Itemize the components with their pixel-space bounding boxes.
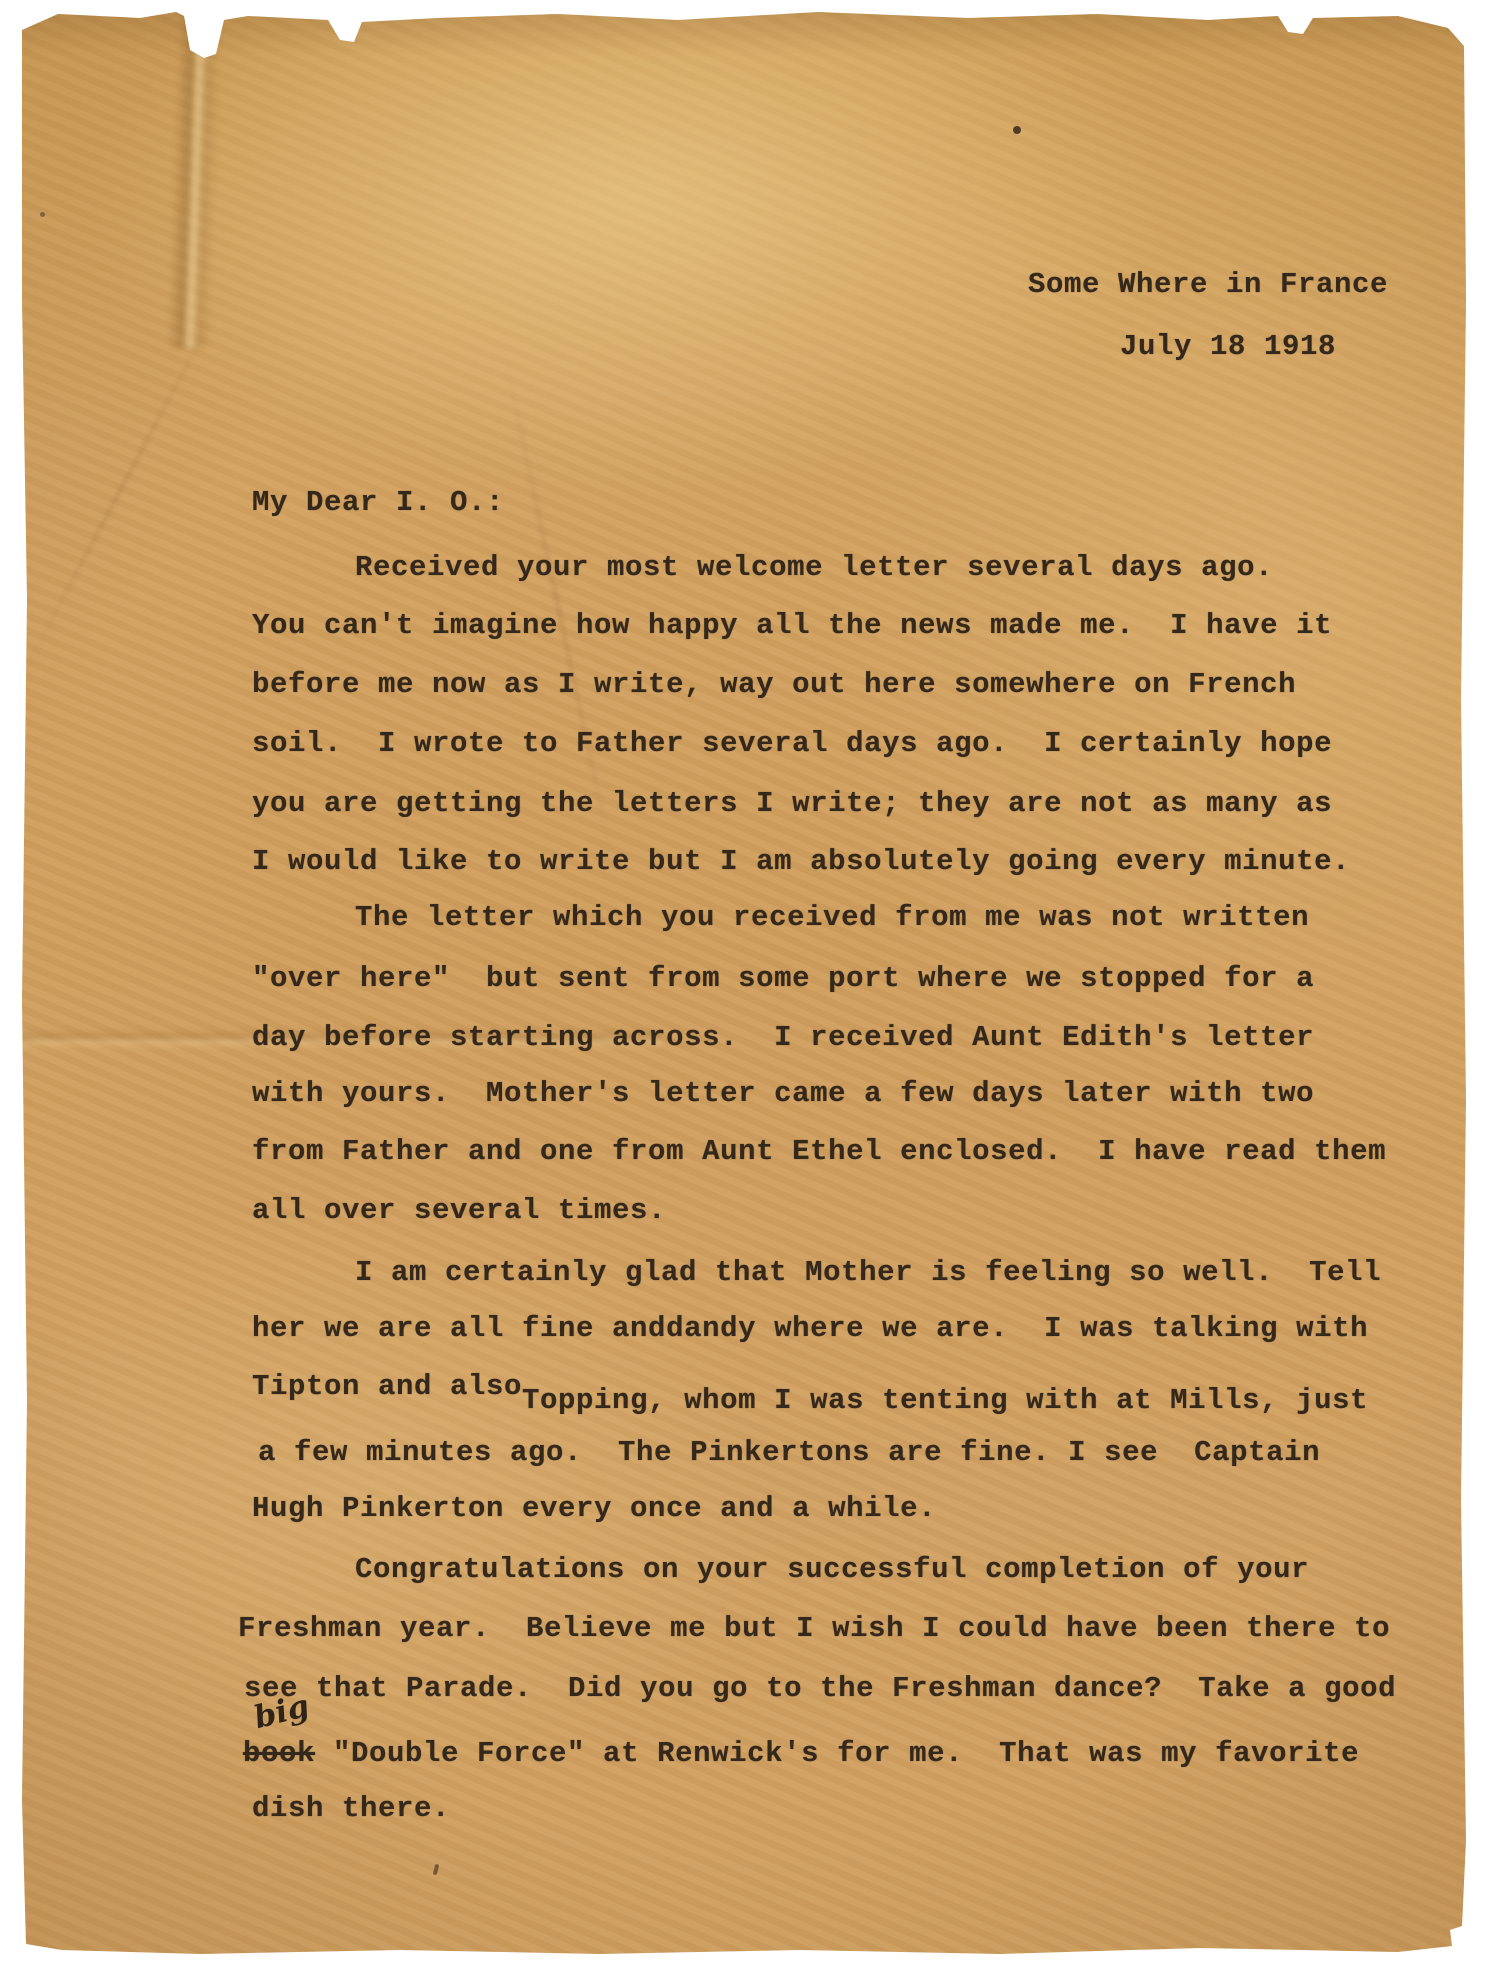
letter-line: with yours. Mother's letter came a few d… [252,1077,1314,1110]
letter-line: Freshman year. Believe me but I wish I c… [238,1612,1390,1645]
letter-line: Tipton and alsoTopping, whom I was tenti… [252,1370,1368,1403]
dateline-date: July 18 1918 [1120,330,1336,363]
letter-line: you are getting the letters I write; the… [252,787,1332,820]
dateline-place: Some Where in France [1028,268,1388,301]
scanned-letter-page: Some Where in France July 18 1918 My Dea… [0,0,1500,1984]
ink-speck [40,212,45,217]
letter-line: book "Double Force" at Renwick's for me.… [243,1737,1359,1770]
letter-line: day before starting across. I received A… [252,1021,1314,1054]
struck-word: book [243,1737,315,1770]
ink-speck [1013,126,1021,134]
torn-edge-shading [0,0,1500,70]
line-segment-dropped-baseline: Topping, whom I was tenting with at Mill… [522,1384,1368,1417]
letter-line: from Father and one from Aunt Ethel encl… [252,1135,1386,1168]
letter-line: see that Parade. Did you go to the Fresh… [244,1672,1396,1705]
ink-speck [433,1864,440,1876]
letter-line: Congratulations on your successful compl… [252,1553,1309,1586]
letter-line: I would like to write but I am absolutel… [252,845,1350,878]
salutation: My Dear I. O.: [252,486,504,519]
letter-line: You can't imagine how happy all the news… [252,609,1332,642]
letter-line: dish there. [252,1792,450,1825]
line-segment: Tipton and also [252,1370,522,1403]
line-segment: "Double Force" at Renwick's for me. That… [315,1737,1359,1770]
letter-line: before me now as I write, way out here s… [252,668,1296,701]
letter-line: I am certainly glad that Mother is feeli… [252,1256,1381,1289]
letter-line: Received your most welcome letter severa… [252,551,1273,584]
letter-line: Hugh Pinkerton every once and a while. [252,1492,936,1525]
letter-line: a few minutes ago. The Pinkertons are fi… [258,1436,1320,1469]
letter-line: soil. I wrote to Father several days ago… [252,727,1332,760]
letter-line: The letter which you received from me wa… [252,901,1309,934]
paper-wrinkle [18,299,223,680]
paper-sheet: Some Where in France July 18 1918 My Dea… [0,0,1500,1984]
letter-line: all over several times. [252,1194,666,1227]
letter-line: "over here" but sent from some port wher… [252,962,1314,995]
letter-line: her we are all fine anddandy where we ar… [252,1312,1368,1345]
